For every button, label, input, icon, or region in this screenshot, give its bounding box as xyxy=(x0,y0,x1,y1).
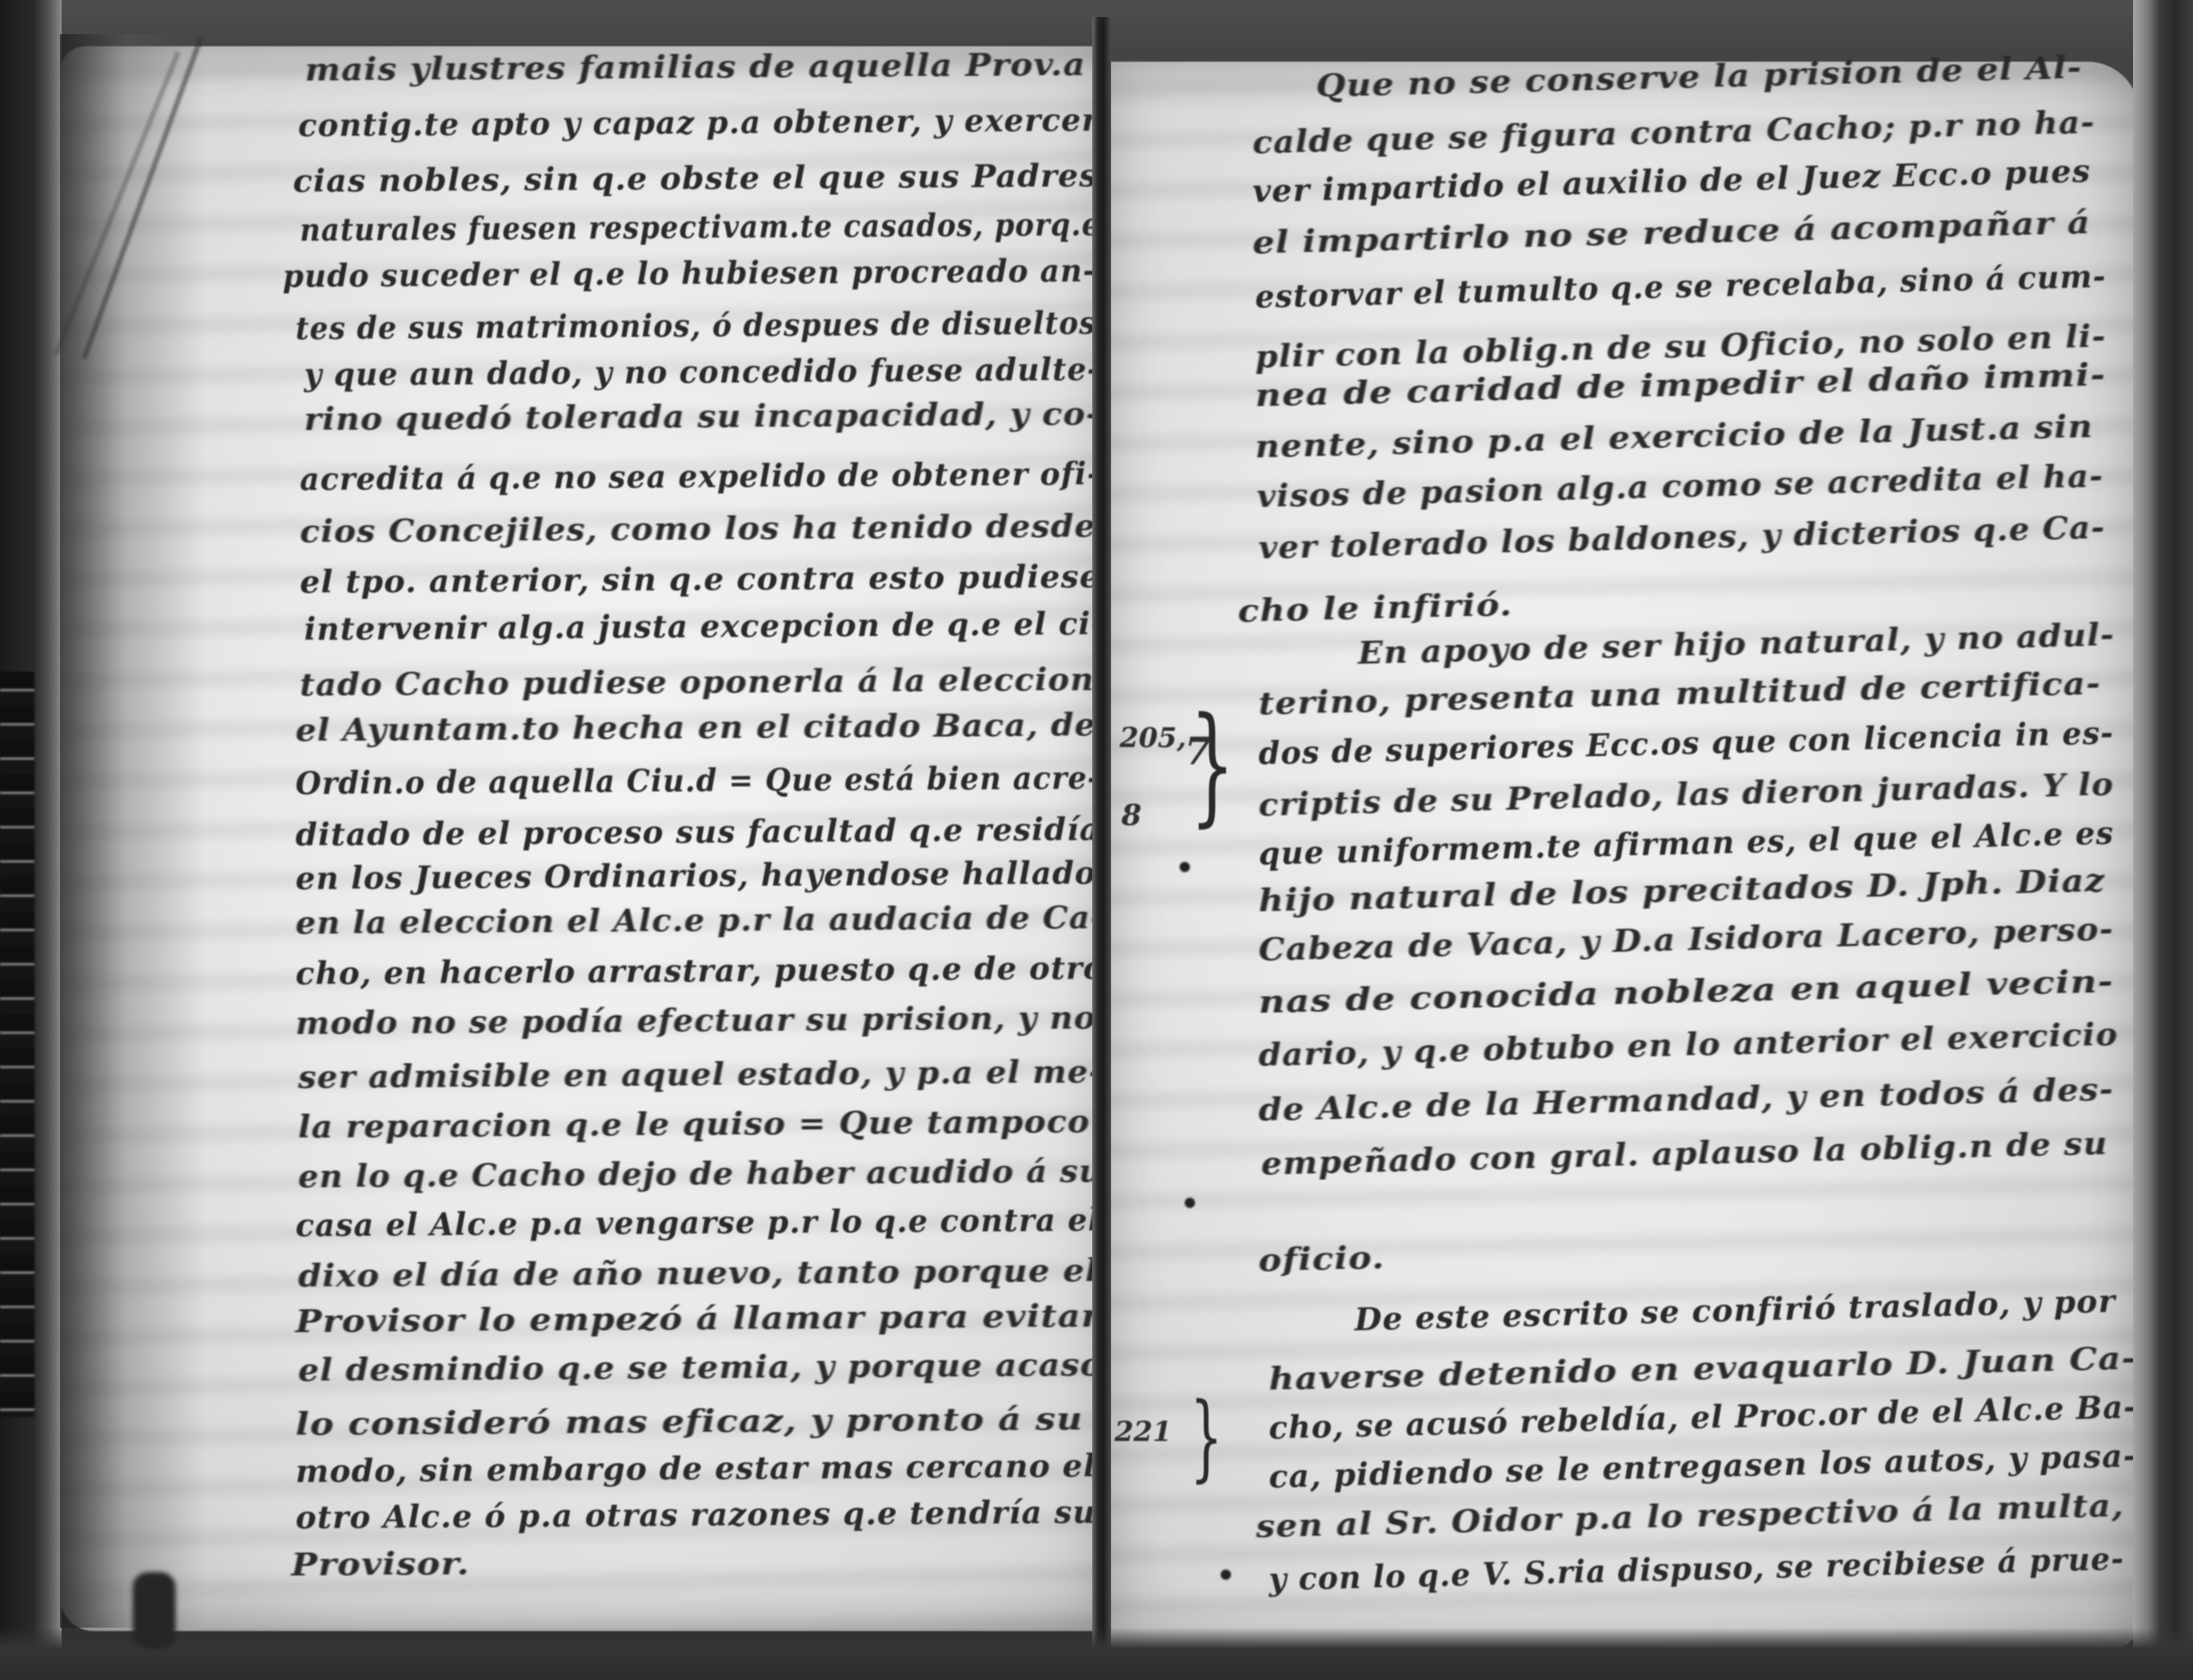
book-edge xyxy=(2133,0,2193,1680)
gutter-fold xyxy=(1092,17,1111,1680)
left-page-line: mais ylustres familias de aquella Prov.a xyxy=(305,39,1086,96)
margin-note-number: 205, xyxy=(1120,721,1186,754)
left-page-line: rino quedó tolerada su incapacidad, y co… xyxy=(304,389,1093,445)
left-page-line: cho, en hacerlo arrastrar, puesto q.e de… xyxy=(296,942,1093,1000)
margin-note-number: 221 xyxy=(1114,1415,1172,1448)
ink-dot xyxy=(1185,1198,1195,1208)
left-page-line: acredita á q.e no sea expelido de obtene… xyxy=(300,448,1093,505)
left-page-line: Provisor. xyxy=(291,1539,470,1591)
line-text: en lo q.e Cacho dejo de haber acudido á … xyxy=(298,1145,1093,1203)
left-page-line: en la eleccion el Alc.e p.r la audacia d… xyxy=(296,892,1093,949)
line-text: el desmindio q.e se temia, y porque acas… xyxy=(298,1339,1093,1396)
line-text: contig.te apto y capaz p.a obtener, y ex… xyxy=(298,94,1093,152)
left-page-line: otro Alc.e ó p.a otras razones q.e tendr… xyxy=(296,1486,1093,1544)
line-text: la reparacion q.e le quiso = Que tampoco xyxy=(298,1097,1091,1153)
left-page-line: modo no se podía efectuar su prision, y … xyxy=(296,992,1093,1049)
left-page-line: cios Concejiles, como los ha tenido desd… xyxy=(300,501,1093,558)
left-page-line: intervenir alg.a justa excepcion de q.e … xyxy=(304,598,1093,655)
line-text: ser admisible en aquel estado, y p.a el … xyxy=(298,1046,1093,1103)
line-text: cios Concejiles, como los ha tenido desd… xyxy=(300,501,1093,558)
left-page-line: casa el Alc.e p.a vengarse p.r lo q.e co… xyxy=(296,1194,1093,1252)
line-text: cias nobles, sin q.e obste el que sus Pa… xyxy=(293,150,1093,207)
line-text: Provisor lo empezó á llamar para evitar xyxy=(296,1290,1093,1348)
scan-bottom-shadow xyxy=(0,1628,2193,1680)
line-text: rino quedó tolerada su incapacidad, y co… xyxy=(304,389,1093,445)
line-text: intervenir alg.a justa excepcion de q.e … xyxy=(304,598,1093,655)
ink-stain xyxy=(133,1572,176,1649)
line-text: casa el Alc.e p.a vengarse p.r lo q.e co… xyxy=(296,1194,1093,1252)
right-page-line: oficio. xyxy=(1258,1232,1386,1287)
left-page: mais ylustres familias de aquella Prov.a… xyxy=(0,0,1093,1680)
left-page-line: el desmindio q.e se temia, y porque acas… xyxy=(298,1339,1093,1396)
manuscript-scan: mais ylustres familias de aquella Prov.a… xyxy=(0,0,2193,1680)
ink-dot xyxy=(1221,1569,1231,1580)
line-text: oficio. xyxy=(1258,1232,1385,1287)
line-text: Provisor. xyxy=(291,1539,470,1591)
left-page-line: el Ayuntam.to hecha en el citado Baca, d… xyxy=(296,699,1093,756)
line-text: cho, en hacerlo arrastrar, puesto q.e de… xyxy=(296,942,1093,1000)
line-text: modo no se podía efectuar su prision, y … xyxy=(296,992,1093,1049)
left-page-line: Provisor lo empezó á llamar para evitar xyxy=(296,1290,1093,1348)
line-text: Ordin.o de aquella Ciu.d = Que está bien… xyxy=(296,752,1093,810)
brace-mark: } xyxy=(1190,1390,1223,1484)
left-page-line: la reparacion q.e le quiso = Que tampoco xyxy=(298,1097,1091,1153)
left-page-line: contig.te apto y capaz p.a obtener, y ex… xyxy=(298,94,1093,152)
right-page: Que no se conserve la prision de el Al- … xyxy=(1111,0,2139,1680)
line-text: el Ayuntam.to hecha en el citado Baca, d… xyxy=(296,699,1093,756)
line-text: otro Alc.e ó p.a otras razones q.e tendr… xyxy=(296,1486,1093,1544)
line-text: pudo suceder el q.e lo hubiesen procread… xyxy=(283,245,1093,302)
left-page-line: Ordin.o de aquella Ciu.d = Que está bien… xyxy=(296,752,1093,810)
line-text: mais ylustres familias de aquella Prov.a xyxy=(305,39,1086,96)
left-page-line: en lo q.e Cacho dejo de haber acudido á … xyxy=(298,1145,1093,1203)
line-text: en la eleccion el Alc.e p.r la audacia d… xyxy=(296,892,1093,949)
left-page-edge-shadow xyxy=(60,34,206,1628)
left-page-line: ser admisible en aquel estado, y p.a el … xyxy=(298,1046,1093,1103)
margin-note-mark: 8 xyxy=(1121,798,1142,833)
line-text: acredita á q.e no sea expelido de obtene… xyxy=(300,448,1093,505)
ink-dot xyxy=(1180,862,1190,872)
brace-mark: } xyxy=(1190,701,1234,829)
left-page-line: cias nobles, sin q.e obste el que sus Pa… xyxy=(293,150,1093,207)
left-page-line: pudo suceder el q.e lo hubiesen procread… xyxy=(283,245,1093,302)
